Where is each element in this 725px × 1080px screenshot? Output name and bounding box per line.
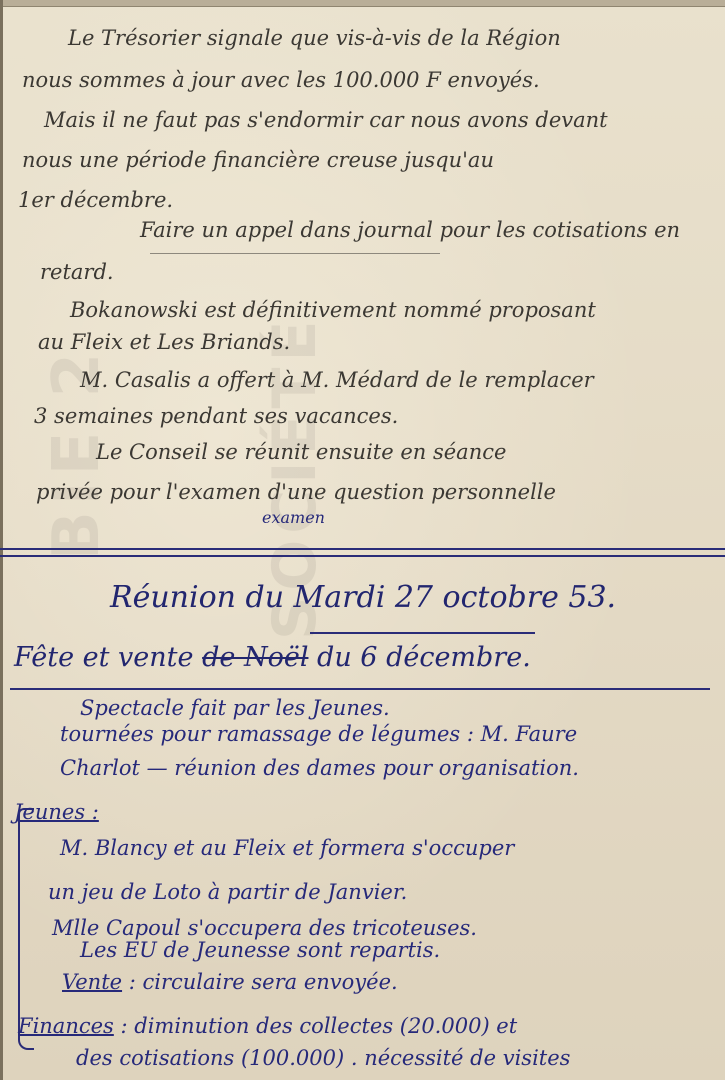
section-heading: Fête et vente de Noël du 6 décembre. xyxy=(14,642,531,673)
minutes-line: Le Conseil se réunit ensuite en séance xyxy=(96,440,506,464)
finances-label: Finances xyxy=(18,1014,114,1038)
notebook-page: BIE 2 SOCIÉTÉ Le Trésorier signale que v… xyxy=(0,0,725,1080)
title-underline xyxy=(310,632,535,634)
heading-wavy-underline xyxy=(10,688,710,690)
minutes-line: nous sommes à jour avec les 100.000 F en… xyxy=(22,68,540,92)
minutes-line: 1er décembre. xyxy=(18,188,173,212)
section-heading-prefix: Fête et vente xyxy=(14,642,194,673)
correction-note: examen xyxy=(262,508,325,527)
jeunes-label: Jeunes : xyxy=(14,800,99,824)
vente-line: Vente : circulaire sera envoyée. xyxy=(62,970,398,994)
minutes-line: Le Trésorier signale que vis-à-vis de la… xyxy=(68,26,561,50)
minutes-line: Mais il ne faut pas s'endormir car nous … xyxy=(44,108,608,132)
minutes-line: Mlle Capoul s'occupera des tricoteuses. xyxy=(52,916,477,940)
section-heading-suffix: du 6 décembre. xyxy=(317,642,531,673)
page-top-edge xyxy=(0,0,725,7)
page-binding-edge xyxy=(0,0,3,1080)
finances-line: Finances : diminution des collectes (20.… xyxy=(18,1014,517,1038)
meeting-title: Réunion du Mardi 27 octobre 53. xyxy=(110,580,616,615)
minutes-line: Faire un appel dans journal pour les cot… xyxy=(140,218,680,242)
minutes-line: retard. xyxy=(40,260,114,284)
vente-text: : circulaire sera envoyée. xyxy=(129,970,398,994)
minutes-line: tournées pour ramassage de légumes : M. … xyxy=(60,722,577,746)
minutes-line: M. Casalis a offert à M. Médard de le re… xyxy=(80,368,594,392)
pencil-underline xyxy=(150,253,440,254)
minutes-line: privée pour l'examen d'une question pers… xyxy=(36,480,556,504)
minutes-line: Bokanowski est définitivement nommé prop… xyxy=(70,298,596,322)
minutes-line: un jeu de Loto à partir de Janvier. xyxy=(48,880,407,904)
finances-text: : diminution des collectes (20.000) et xyxy=(121,1014,518,1038)
minutes-line: au Fleix et Les Briands. xyxy=(38,330,290,354)
minutes-line: Spectacle fait par les Jeunes. xyxy=(80,696,390,720)
minutes-line: 3 semaines pendant ses vacances. xyxy=(34,404,398,428)
minutes-line: Charlot — réunion des dames pour organis… xyxy=(60,756,579,780)
minutes-line: des cotisations (100.000) . nécessité de… xyxy=(76,1046,570,1070)
vente-label: Vente xyxy=(62,970,122,994)
minutes-line: Les EU de Jeunesse sont repartis. xyxy=(80,938,440,962)
section-divider xyxy=(0,555,725,557)
minutes-line: nous une période financière creuse jusqu… xyxy=(22,148,494,172)
section-divider xyxy=(0,548,725,550)
section-heading-struck: de Noël xyxy=(202,642,308,673)
minutes-line: M. Blancy et au Fleix et formera s'occup… xyxy=(60,836,514,860)
